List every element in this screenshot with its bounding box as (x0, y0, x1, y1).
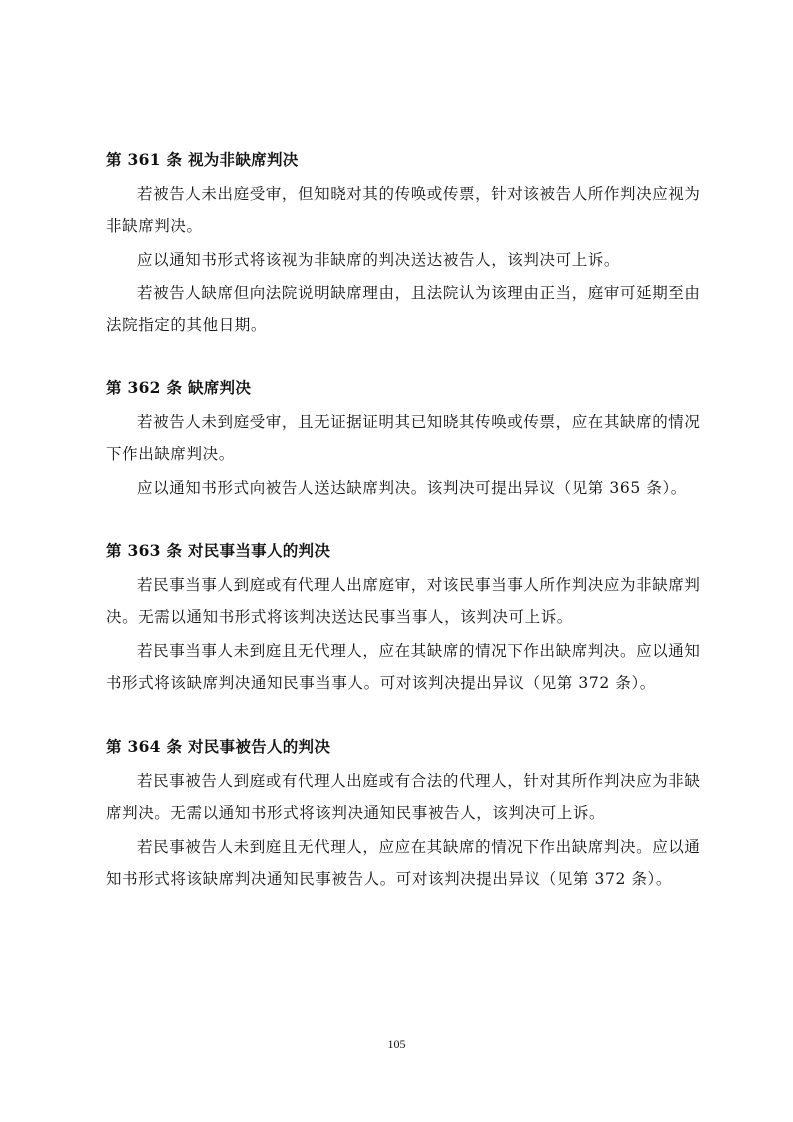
article-361-para2: 应以通知书形式将该视为非缺席的判决送达被告人，该判决可上诉。 (137, 248, 620, 270)
article-364-para2-line1: 若民事被告人未到庭且无代理人，应应在其缺席的情况下作出缺席判决。应以通 (137, 835, 701, 857)
article-361-para3-line1: 若被告人缺席但向法院说明缺席理由，且法院认为该理由正当，庭审可延期至由 (137, 281, 701, 303)
article-361-heading: 第 361 条 视为非缺席判决 (106, 148, 299, 170)
article-361-para1-line2: 非缺席判决。 (106, 214, 203, 236)
article-363-para1-line2: 决。无需以通知书形式将该判决送达民事当事人，该判决可上诉。 (106, 605, 573, 627)
article-362-heading: 第 362 条 缺席判决 (106, 376, 251, 398)
article-361-para1-line1: 若被告人未出庭受审，但知晓对其的传唤或传票，针对该被告人所作判决应视为 (137, 182, 701, 204)
article-364-para1-line1: 若民事被告人到庭或有代理人出庭或有合法的代理人，针对其所作判决应为非缺 (137, 769, 701, 791)
article-363-para2-line1: 若民事当事人未到庭且无代理人，应在其缺席的情况下作出缺席判决。应以通知 (137, 639, 701, 661)
article-364-heading: 第 364 条 对民事被告人的判决 (106, 735, 330, 757)
article-363-para1-line1: 若民事当事人到庭或有代理人出席庭审，对该民事当事人所作判决应为非缺席判 (137, 573, 701, 595)
article-363-para2-line2: 书形式将该缺席判决通知民事当事人。可对该判决提出异议（见第 372 条）。 (106, 671, 656, 693)
article-362-para1-line2: 下作出缺席判决。 (106, 442, 235, 464)
article-363-heading: 第 363 条 对民事当事人的判决 (106, 539, 330, 561)
page-number: 105 (0, 1037, 793, 1052)
article-364-para2-line2: 知书形式将该缺席判决通知民事被告人。可对该判决提出异议（见第 372 条）。 (106, 867, 672, 889)
article-362-para2: 应以通知书形式向被告人送达缺席判决。该判决可提出异议（见第 365 条）。 (137, 476, 687, 498)
article-364-para1-line2: 席判决。无需以通知书形式将该判决通知民事被告人，该判决可上诉。 (106, 801, 605, 823)
document-page: 第 361 条 视为非缺席判决 若被告人未出庭受审，但知晓对其的传唤或传票，针对… (0, 0, 793, 1122)
article-362-para1-line1: 若被告人未到庭受审，且无证据证明其已知晓其传唤或传票，应在其缺席的情况 (137, 410, 701, 432)
article-361-para3-line2: 法院指定的其他日期。 (106, 313, 267, 335)
